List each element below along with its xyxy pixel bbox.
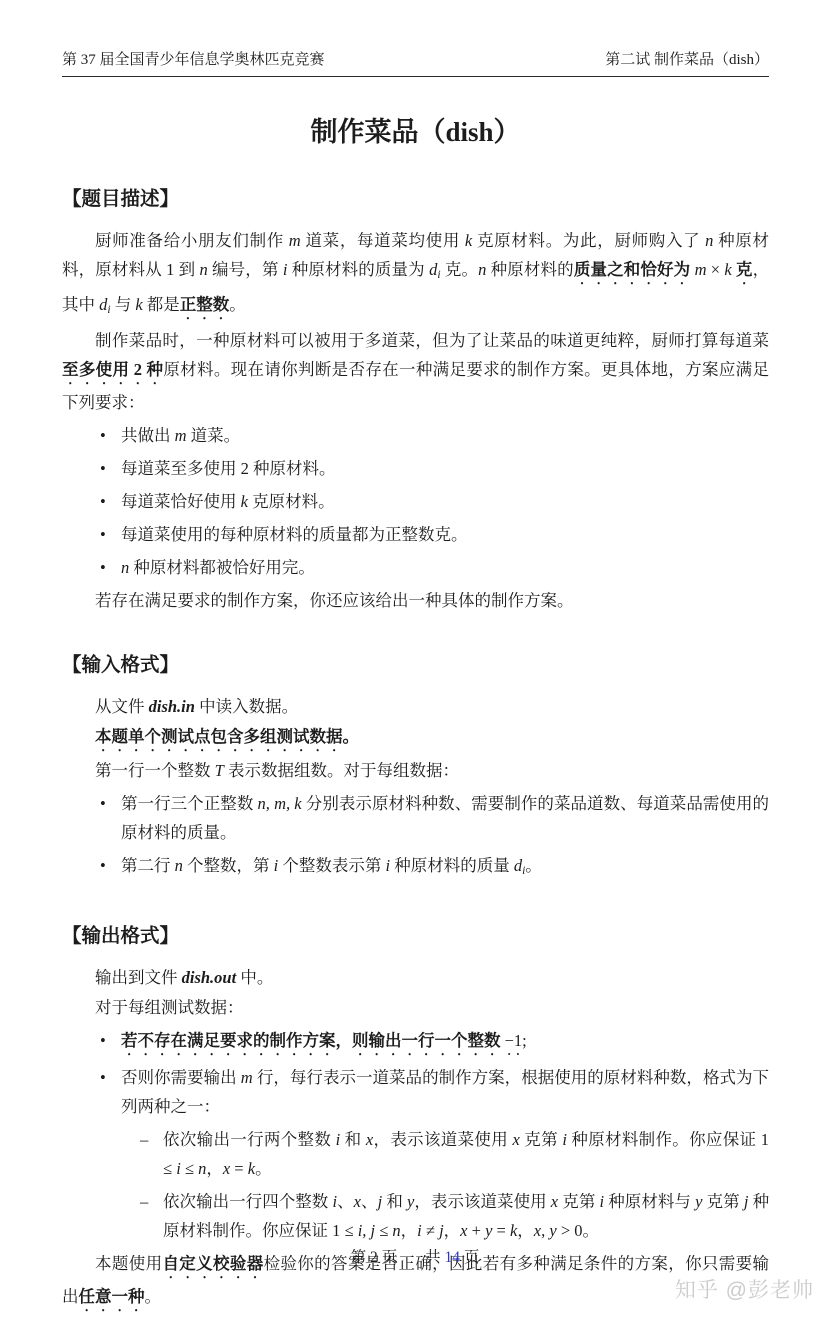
text-segment: 对于每组测试数据： <box>95 998 244 1017</box>
header-right-text: 第二试 制作菜品（dish） <box>605 50 769 70</box>
paragraph: 对于每组测试数据： <box>62 993 769 1022</box>
text-segment: + <box>468 1221 486 1240</box>
text-segment: 中。 <box>236 968 273 987</box>
text-segment: 个整数表示第 <box>278 856 385 875</box>
text-segment: = <box>230 1159 248 1178</box>
text-segment: 原材料。现在请你判断是否存在一种满足要求的制作方案。更具体地，方案应满足下列要求… <box>62 360 769 412</box>
list-item: –依次输出一行四个整数 i、x、j 和 y，表示该道菜使用 x 克第 i 种原材… <box>140 1187 769 1245</box>
bullet-marker: • <box>100 454 121 483</box>
text-segment: n <box>121 558 129 577</box>
text-segment: ， <box>517 1221 534 1240</box>
list-item-text: 第一行三个正整数 n, m, k 分别表示原材料种数、需要制作的菜品道数、每道菜… <box>121 789 769 847</box>
text-segment: x <box>460 1221 467 1240</box>
footer-total-suffix: 页 <box>460 1249 479 1266</box>
bullet-list: •共做出 m 道菜。•每道菜至多使用 2 种原材料。•每道菜恰好使用 k 克原材… <box>62 421 769 582</box>
text-segment: 制作菜品时，一种原材料可以被用于多道菜，但为了让菜品的味道更纯粹，厨师打算每道菜 <box>95 331 769 350</box>
text-segment: 。 <box>145 1287 162 1306</box>
text-segment: x <box>354 1192 361 1211</box>
bullet-marker: • <box>100 553 121 582</box>
paragraph: 第一行一个整数 T 表示数据组数。对于每组数据： <box>62 756 769 785</box>
text-segment: dish.in <box>149 697 195 716</box>
footer-total-prefix: 共 <box>425 1249 444 1266</box>
text-segment: m <box>289 231 301 250</box>
list-item: •n 种原材料都被恰好用完。 <box>100 553 769 582</box>
header-left-text: 第 37 届全国青少年信息学奥林匹克竞赛 <box>62 50 325 70</box>
text-segment: 输出到文件 <box>95 968 182 987</box>
list-item: •共做出 m 道菜。 <box>100 421 769 450</box>
list-item-text: 依次输出一行四个整数 i、x、j 和 y，表示该道菜使用 x 克第 i 种原材料… <box>163 1187 769 1245</box>
list-item-text: 每道菜至多使用 2 种原材料。 <box>121 454 769 483</box>
text-segment: 种原材料的质量 <box>390 856 514 875</box>
list-item: •每道菜恰好使用 k 克原材料。 <box>100 487 769 516</box>
text-segment: T <box>215 761 224 780</box>
paragraph: 本题单个测试点包含多组测试数据。 <box>62 722 769 755</box>
list-item-text: 每道菜使用的每种原材料的质量都为正整数克。 <box>121 520 769 549</box>
list-item: –依次输出一行两个整数 i 和 x，表示该道菜使用 x 克第 i 种原材料制作。… <box>140 1125 769 1183</box>
page-header: 第 37 届全国青少年信息学奥林匹克竞赛 第二试 制作菜品（dish） <box>62 50 769 77</box>
bullet-marker: • <box>100 1063 121 1121</box>
list-item-text: 共做出 m 道菜。 <box>121 421 769 450</box>
text-segment: n <box>175 856 183 875</box>
bullet-marker: • <box>100 851 121 886</box>
text-segment: 表示数据组数。对于每组数据： <box>224 761 459 780</box>
text-segment: 种原材料与 <box>604 1192 695 1211</box>
text-segment: 都是 <box>143 295 180 314</box>
list-item: •每道菜至多使用 2 种原材料。 <box>100 454 769 483</box>
text-segment: m <box>241 1068 253 1087</box>
text-segment: 。 <box>255 1159 272 1178</box>
text-segment: k <box>135 295 142 314</box>
text-segment: 道菜。 <box>187 426 241 445</box>
text-segment: 每道菜恰好使用 <box>121 492 241 511</box>
text-segment: k <box>724 260 731 279</box>
text-segment: 第一行三个正整数 <box>121 794 258 813</box>
text-segment: 若存在满足要求的制作方案，你还应该给出一种具体的制作方案。 <box>95 591 574 610</box>
text-segment: 每道菜使用的每种原材料的质量都为正整数克。 <box>121 525 468 544</box>
list-item: •若不存在满足要求的制作方案，则输出一行一个整数 −1; <box>100 1026 769 1059</box>
list-item: •第一行三个正整数 n, m, k 分别表示原材料种数、需要制作的菜品道数、每道… <box>100 789 769 847</box>
document-page: 第 37 届全国青少年信息学奥林匹克竞赛 第二试 制作菜品（dish） 制作菜品… <box>0 0 830 1317</box>
text-segment: n <box>392 1221 400 1240</box>
section-heading: 【输出格式】 <box>62 920 769 948</box>
bullet-marker: • <box>100 487 121 516</box>
sub-list: –依次输出一行两个整数 i 和 x，表示该道菜使用 x 克第 i 种原材料制作。… <box>62 1125 769 1245</box>
text-segment: ≤ <box>375 1221 392 1240</box>
paragraph: 若存在满足要求的制作方案，你还应该给出一种具体的制作方案。 <box>62 586 769 615</box>
text-segment: 道菜，每道菜均使用 <box>301 231 465 250</box>
text-segment: 共做出 <box>121 426 175 445</box>
text-segment: 厨师准备给小朋友们制作 <box>95 231 289 250</box>
text-segment: 种原材料的质量为 <box>287 260 429 279</box>
text-segment: ， <box>401 1221 418 1240</box>
text-segment: d <box>514 856 522 875</box>
text-segment: m <box>695 260 707 279</box>
paragraph: 制作菜品时，一种原材料可以被用于多道菜，但为了让菜品的味道更纯粹，厨师打算每道菜… <box>62 326 769 417</box>
bullet-marker: • <box>100 520 121 549</box>
text-segment: 克。 <box>441 260 479 279</box>
text-segment: i, j <box>358 1221 375 1240</box>
text-segment: 依次输出一行两个整数 <box>163 1130 336 1149</box>
list-item: •第二行 n 个整数，第 i 个整数表示第 i 种原材料的质量 di。 <box>100 851 769 886</box>
text-segment: 、 <box>337 1192 354 1211</box>
text-segment: 从文件 <box>95 697 149 716</box>
section-heading: 【输入格式】 <box>62 649 769 677</box>
text-segment: ， <box>444 1221 461 1240</box>
text-segment: 种原材料的 <box>486 260 573 279</box>
bullet-marker: • <box>100 789 121 847</box>
text-segment: 。 <box>525 856 542 875</box>
text-segment: 克第 <box>702 1192 743 1211</box>
paragraph: 厨师准备给小朋友们制作 m 道菜，每道菜均使用 k 克原材料。为此，厨师购入了 … <box>62 226 769 325</box>
text-segment: ≠ <box>422 1221 439 1240</box>
text-segment: 否则你需要输出 <box>121 1068 241 1087</box>
bullet-marker: • <box>100 1026 121 1059</box>
text-segment: x <box>513 1130 520 1149</box>
text-segment: k <box>248 1159 255 1178</box>
text-segment: 个整数，第 <box>183 856 274 875</box>
paragraph: 输出到文件 dish.out 中。 <box>62 963 769 992</box>
document-body: 【题目描述】厨师准备给小朋友们制作 m 道菜，每道菜均使用 k 克原材料。为此，… <box>62 183 769 1315</box>
text-segment: > 0。 <box>557 1221 599 1240</box>
text-segment: 种原材料都被恰好用完。 <box>129 558 315 577</box>
text-segment: ≤ <box>181 1159 198 1178</box>
list-item-text: 若不存在满足要求的制作方案，则输出一行一个整数 −1; <box>121 1026 769 1059</box>
list-item-text: 第二行 n 个整数，第 i 个整数表示第 i 种原材料的质量 di。 <box>121 851 769 886</box>
text-segment: 正整数 <box>180 295 230 314</box>
text-segment: ，表示该道菜使用 <box>414 1192 550 1211</box>
text-segment: 克原材料。 <box>248 492 335 511</box>
text-segment: 与 <box>111 295 136 314</box>
zhihu-watermark: 知乎 @彭老帅 <box>675 1274 814 1304</box>
text-segment: 第二行 <box>121 856 175 875</box>
text-segment: × <box>706 260 724 279</box>
list-item-text: n 种原材料都被恰好用完。 <box>121 553 769 582</box>
text-segment: n, m, k <box>258 794 302 813</box>
text-segment: ， <box>206 1159 223 1178</box>
text-segment: 和 <box>340 1130 366 1149</box>
text-segment: −1; <box>505 1031 527 1050</box>
paragraph: 从文件 dish.in 中读入数据。 <box>62 692 769 721</box>
text-segment: 中读入数据。 <box>195 697 298 716</box>
bullet-list: •若不存在满足要求的制作方案，则输出一行一个整数 −1;•否则你需要输出 m 行… <box>62 1026 769 1121</box>
text-segment: m <box>175 426 187 445</box>
text-segment: k <box>241 492 248 511</box>
text-segment: 克原材料。为此，厨师购入了 <box>472 231 705 250</box>
list-item-text: 依次输出一行两个整数 i 和 x，表示该道菜使用 x 克第 i 种原材料制作。你… <box>163 1125 769 1183</box>
page-footer: 第 2 页共 14 页 <box>0 1245 830 1267</box>
text-segment: 本题单个测试点包含多组测试数据。 <box>95 727 359 746</box>
section-heading: 【题目描述】 <box>62 183 769 211</box>
text-segment: 克第 <box>520 1130 563 1149</box>
text-segment: n <box>200 260 208 279</box>
bullet-list: •第一行三个正整数 n, m, k 分别表示原材料种数、需要制作的菜品道数、每道… <box>62 789 769 886</box>
dash-marker: – <box>140 1125 163 1183</box>
list-item-text: 否则你需要输出 m 行，每行表示一道菜品的制作方案，根据使用的原材料种数，格式为… <box>121 1063 769 1121</box>
text-segment: 克 <box>736 260 753 279</box>
list-item: •否则你需要输出 m 行，每行表示一道菜品的制作方案，根据使用的原材料种数，格式… <box>100 1063 769 1121</box>
text-segment: 质量之和恰好为 <box>574 260 690 279</box>
text-segment: 至多使用 2 种 <box>62 360 163 379</box>
text-segment: 若不存在满足要求的制作方案，则输出一行一个整数 <box>121 1031 505 1050</box>
text-segment: 和 <box>382 1192 407 1211</box>
footer-total-pages-link: 14 <box>445 1249 461 1266</box>
footer-page-number: 第 2 页 <box>351 1249 398 1266</box>
text-segment: 第一行一个整数 <box>95 761 215 780</box>
text-segment: 。 <box>229 295 246 314</box>
dash-marker: – <box>140 1187 163 1245</box>
text-segment: 依次输出一行四个整数 <box>163 1192 332 1211</box>
page-title: 制作菜品（dish） <box>62 110 769 149</box>
text-segment: = <box>492 1221 510 1240</box>
text-segment: ，表示该道菜使用 <box>373 1130 512 1149</box>
bullet-marker: • <box>100 421 121 450</box>
text-segment: x, y <box>534 1221 557 1240</box>
text-segment: 编号，第 <box>208 260 283 279</box>
text-segment: dish.out <box>182 968 237 987</box>
text-segment: 、 <box>361 1192 378 1211</box>
text-segment: 任意一种 <box>79 1287 145 1306</box>
list-item-text: 每道菜恰好使用 k 克原材料。 <box>121 487 769 516</box>
list-item: •每道菜使用的每种原材料的质量都为正整数克。 <box>100 520 769 549</box>
text-segment: 每道菜至多使用 2 种原材料。 <box>121 459 336 478</box>
text-segment: 克第 <box>558 1192 599 1211</box>
